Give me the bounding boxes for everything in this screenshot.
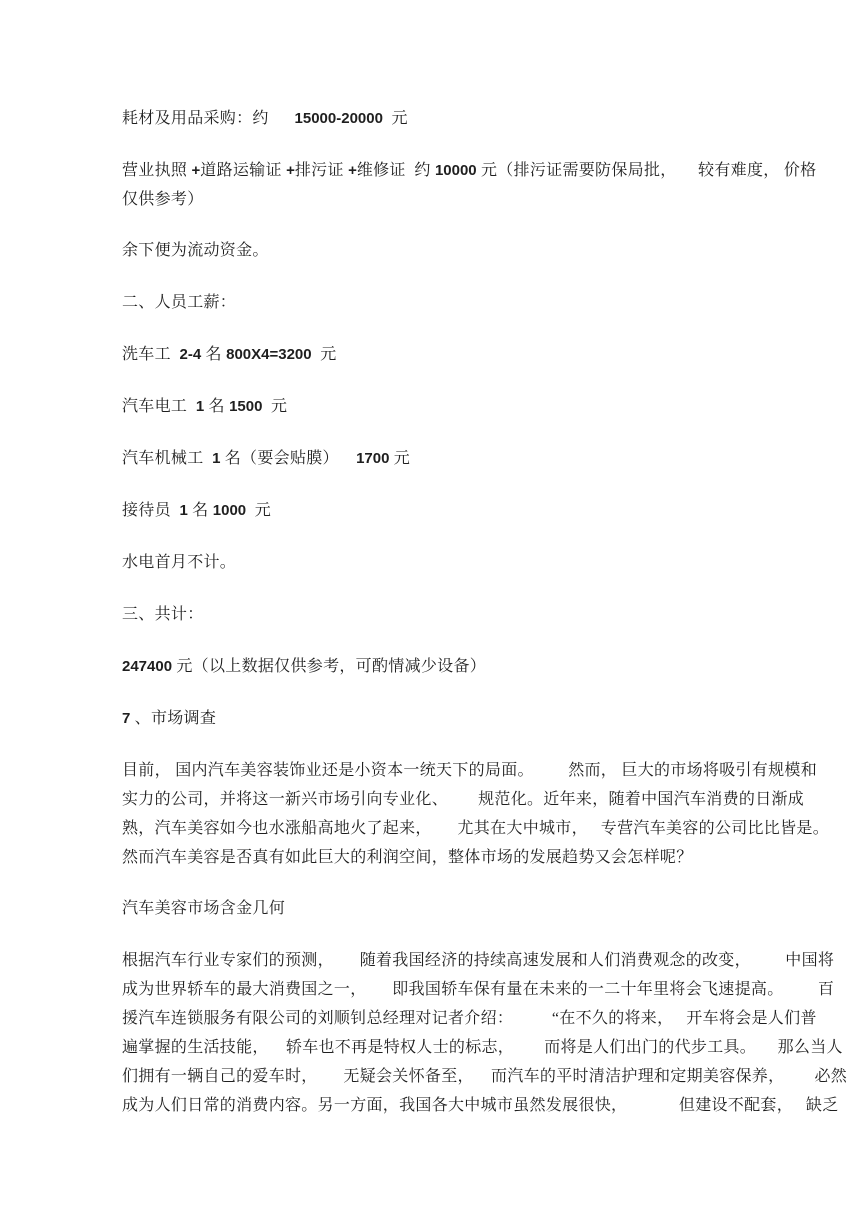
text-line: 遍掌握的生活技能， 轿车也不再是特权人士的标志， 而将是人们出门的代步工具。 那…	[122, 1033, 748, 1062]
document-body: 耗材及用品采购：约 15000-20000 元营业执照 +道路运输证 +排污证 …	[122, 104, 748, 1120]
text-line: 实力的公司，并将这一新兴市场引向专业化、 规范化。近年来，随着中国汽车消费的日渐…	[122, 785, 748, 814]
latin-number-run: +	[348, 162, 357, 179]
text-line: 7 、市场调查	[122, 704, 748, 734]
working-capital-line: 余下便为流动资金。	[122, 236, 748, 266]
latin-number-run: 1	[180, 502, 188, 519]
text-line: 成为世界轿车的最大消费国之一， 即我国轿车保有量在未来的一二十年里将会飞速提高。…	[122, 975, 748, 1004]
text-line: 目前， 国内汽车美容装饰业还是小资本一统天下的局面。 然而， 巨大的市场将吸引有…	[122, 756, 748, 785]
text-line: 余下便为流动资金。	[122, 236, 748, 266]
section-three-heading: 三、共计：	[122, 600, 748, 630]
text-line: 汽车美容市场含金几何	[122, 894, 748, 924]
latin-number-run: 1000	[213, 502, 246, 519]
car-washer-wage-line: 洗车工 2-4 名 800X4=3200 元	[122, 340, 748, 370]
consumables-purchase-line: 耗材及用品采购：约 15000-20000 元	[122, 104, 748, 134]
text-line: 接待员 1 名 1000 元	[122, 496, 748, 526]
text-line: 二、人员工薪：	[122, 288, 748, 318]
text-line: 汽车机械工 1 名（要会贴膜） 1700 元	[122, 444, 748, 474]
text-line: 247400 元（以上数据仅供参考，可酌情减少设备）	[122, 652, 748, 682]
latin-number-run: 1500	[229, 398, 262, 415]
latin-number-run: 247400	[122, 658, 172, 675]
latin-number-run: 1	[212, 450, 220, 467]
text-line: 援汽车连锁服务有限公司的刘顺钊总经理对记者介绍： “在不久的将来， 开车将会是人…	[122, 1004, 748, 1033]
text-line: 水电首月不计。	[122, 548, 748, 578]
text-line: 然而汽车美容是否真有如此巨大的利润空间，整体市场的发展趋势又会怎样呢？	[122, 843, 748, 872]
latin-number-run: +	[286, 162, 295, 179]
market-value-subheading: 汽车美容市场含金几何	[122, 894, 748, 924]
text-line: 耗材及用品采购：约 15000-20000 元	[122, 104, 748, 134]
licenses-cost-paragraph: 营业执照 +道路运输证 +排污证 +维修证 约 10000 元（排污证需要防保局…	[122, 156, 748, 214]
section-seven-heading: 7 、市场调查	[122, 704, 748, 734]
text-line: 成为人们日常的消费内容。另一方面，我国各大中城市虽然发展很快， 但建设不配套， …	[122, 1091, 748, 1120]
latin-number-run: 2-4	[180, 346, 202, 363]
document-page: 耗材及用品采购：约 15000-20000 元营业执照 +道路运输证 +排污证 …	[0, 0, 860, 1218]
auto-electrician-wage-line: 汽车电工 1 名 1500 元	[122, 392, 748, 422]
text-line: 们拥有一辆自己的爱车时， 无疑会关怀备至， 而汽车的平时清洁护理和定期美容保养，…	[122, 1062, 748, 1091]
latin-number-run: +	[192, 162, 201, 179]
text-line: 汽车电工 1 名 1500 元	[122, 392, 748, 422]
latin-number-run: 800X4=3200	[226, 346, 312, 363]
latin-number-run: 10000	[435, 162, 477, 179]
latin-number-run: 15000-20000	[295, 110, 383, 127]
section-two-heading: 二、人员工薪：	[122, 288, 748, 318]
expert-forecast-paragraph: 根据汽车行业专家们的预测， 随着我国经济的持续高速发展和人们消费观念的改变， 中…	[122, 946, 748, 1120]
text-line: 熟，汽车美容如今也水涨船高地火了起来， 尤其在大中城市， 专营汽车美容的公司比比…	[122, 814, 748, 843]
text-line: 洗车工 2-4 名 800X4=3200 元	[122, 340, 748, 370]
text-line: 三、共计：	[122, 600, 748, 630]
auto-mechanic-wage-line: 汽车机械工 1 名（要会贴膜） 1700 元	[122, 444, 748, 474]
latin-number-run: 1700	[356, 450, 389, 467]
text-line: 仅供参考）	[122, 185, 748, 214]
total-amount-line: 247400 元（以上数据仅供参考，可酌情减少设备）	[122, 652, 748, 682]
latin-number-run: 1	[196, 398, 204, 415]
receptionist-wage-line: 接待员 1 名 1000 元	[122, 496, 748, 526]
text-line: 根据汽车行业专家们的预测， 随着我国经济的持续高速发展和人们消费观念的改变， 中…	[122, 946, 748, 975]
market-overview-paragraph: 目前， 国内汽车美容装饰业还是小资本一统天下的局面。 然而， 巨大的市场将吸引有…	[122, 756, 748, 872]
utilities-note-line: 水电首月不计。	[122, 548, 748, 578]
text-line: 营业执照 +道路运输证 +排污证 +维修证 约 10000 元（排污证需要防保局…	[122, 156, 748, 185]
latin-number-run: 7	[122, 710, 130, 727]
